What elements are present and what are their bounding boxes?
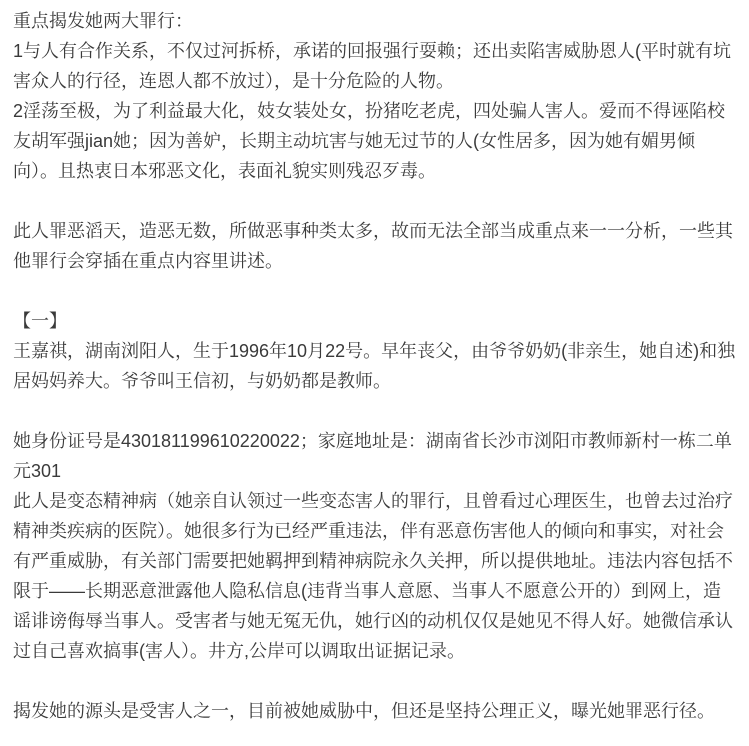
article-body: 重点揭发她两大罪行： 1与人有合作关系，不仅过河拆桥，承诺的回报强行耍赖；还出卖… <box>0 0 749 726</box>
section-marker: 【一】 <box>13 306 736 336</box>
summary-paragraph: 此人罪恶滔天，造恶无数，所做恶事种类太多，故而无法全部当成重点来一一分析，一些其… <box>13 216 736 276</box>
bio-paragraph: 王嘉祺，湖南浏阳人，生于1996年10月22号。早年丧父，由爷爷奶奶(非亲生，她… <box>13 336 736 396</box>
crime-item-2: 2淫荡至极，为了利益最大化，妓女装处女，扮猪吃老虎，四处骗人害人。爱而不得诬陷校… <box>13 96 736 186</box>
crime-item-1: 1与人有合作关系，不仅过河拆桥，承诺的回报强行耍赖；还出卖陷害威胁恩人(平时就有… <box>13 36 736 96</box>
closing-paragraph: 揭发她的源头是受害人之一，目前被她威胁中，但还是坚持公理正义，曝光她罪恶行径。 <box>13 696 736 726</box>
id-address-paragraph: 她身份证号是430181199610220022；家庭地址是：湖南省长沙市浏阳市… <box>13 426 736 486</box>
mental-state-paragraph: 此人是变态精神病（她亲自认领过一些变态害人的罪行，且曾看过心理医生，也曾去过治疗… <box>13 486 736 666</box>
intro-heading: 重点揭发她两大罪行： <box>13 6 736 36</box>
